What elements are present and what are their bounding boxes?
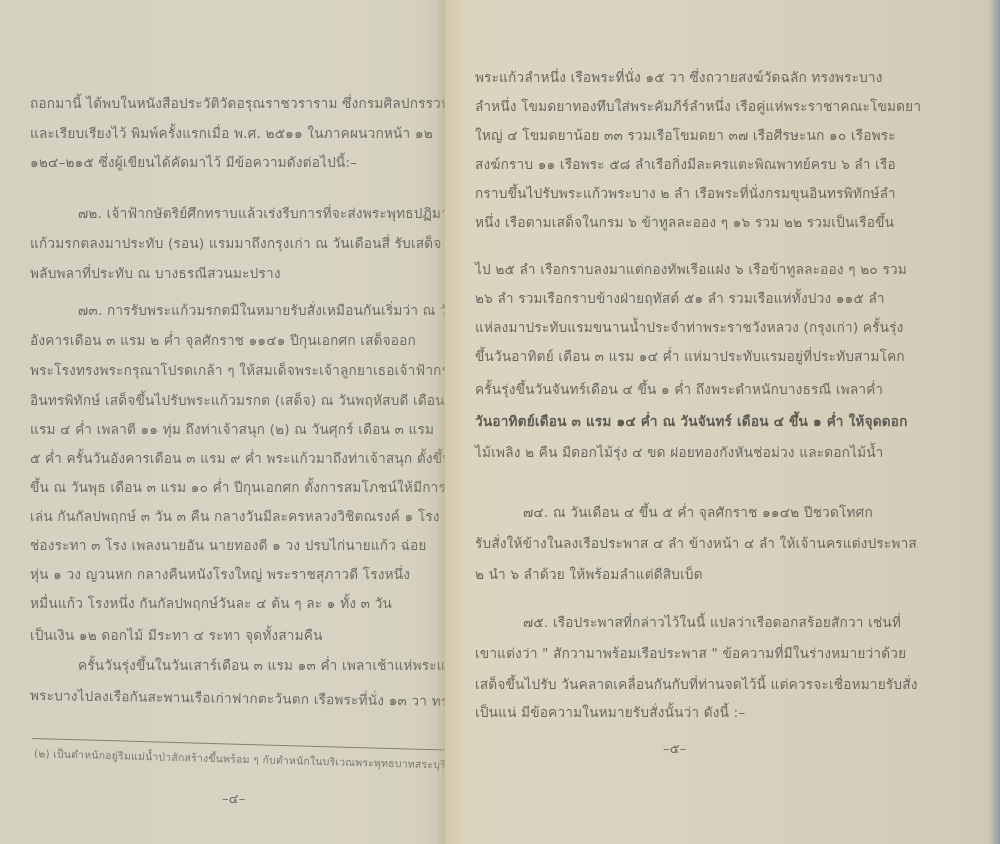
- text-line: ไม้เพลิง ๒ คืน มีดอกไม้รุ่ง ๔ ขด ฝอยทองก…: [475, 447, 883, 461]
- text-line: หุ่น ๑ วง ญวนหก กลางคืนหนังโรงใหญ่ พระรา…: [30, 569, 410, 583]
- text-line: ขึ้นวันอาทิตย์ เดือน ๓ แรม ๑๔ ค่ำ แห่มาป…: [475, 351, 905, 365]
- text-line: เขาแต่งว่า " สักวามาพร้อมเรือประพาส " ข้…: [475, 648, 906, 662]
- text-line: อังคารเดือน ๓ แรม ๒ ค่ำ จุลศักราช ๑๑๔๑ ป…: [30, 335, 416, 349]
- text-line: ครั้นวันรุ่งขึ้นในวันเสาร์เดือน ๓ แรม ๑๓…: [78, 660, 445, 674]
- text-line: เล่น กันกัลปพฤกษ์ ๓ วัน ๓ คืน กลางวันมีล…: [30, 511, 440, 525]
- left-page: ถอกมานี้ ได้พบในหนังสือประวัติวัดอรุณราช…: [0, 0, 445, 844]
- text-line: เป็นแน่ มีข้อความในหมายรับสั่งนั้นว่า ดั…: [475, 707, 745, 721]
- text-line: พลับพลาที่ประทับ ณ บางธรณีสวนมะปราง: [30, 268, 281, 282]
- text-line: ๒ นำ ๖ ลำด้วย ให้พร้อมลำแต่ดีสิบเบ็ด: [475, 569, 703, 583]
- text-line: พระแก้วลำหนึ่ง เรือพระที่นั่ง ๑๕ วา ซึ่ง…: [475, 72, 883, 86]
- paragraph-73-start: ๗๓. การรับพระแก้วมรกตมีในหมายรับสั่งเหมื…: [78, 305, 445, 319]
- text-line: พระโรงทรงพระกรุณาโปรดเกล้า ๆ ให้สมเด็จพร…: [30, 365, 445, 379]
- page-number-left: –๔–: [222, 788, 245, 809]
- text-line: หนึ่ง เรือตามเสด็จในกรม ๖ ข้าทูลละออง ๆ …: [475, 217, 894, 231]
- text-line: อินทรพิทักษ์ เสด็จขึ้นไปรับพระแก้วมรกต (…: [30, 395, 445, 409]
- text-line: ถอกมานี้ ได้พบในหนังสือประวัติวัดอรุณราช…: [30, 98, 445, 112]
- text-line: ไป ๒๕ ลำ เรือกราบลงมาแต่กองทัพเรือแฝง ๖ …: [475, 264, 907, 278]
- text-line: แรม ๔ ค่ำ เพลาตี ๑๑ ทุ่ม ถึงท่าเจ้าสนุก …: [30, 424, 434, 438]
- text-line: และเรียบเรียงไว้ พิมพ์ครั้งแรกเมื่อ พ.ศ.…: [30, 128, 433, 142]
- text-line: กราบขึ้นไปรับพระแก้วพระบาง ๒ ลำ เรือพระท…: [475, 188, 896, 202]
- text-line: ๕ ค่ำ ครั้นวันอังคารเดือน ๓ แรม ๙ ค่ำ พร…: [30, 453, 445, 467]
- text-line: ครั้นรุ่งขึ้นวันจันทร์เดือน ๔ ขึ้น ๑ ค่ำ…: [475, 384, 883, 398]
- text-line: ลำหนึ่ง โขมดยาทองทึบใส่พระคัมภีร์ลำหนึ่ง…: [475, 101, 921, 115]
- text-line: ขึ้น ณ วันพุธ เดือน ๓ แรม ๑๐ ค่ำ ปีกุนเอ…: [30, 482, 445, 496]
- text-line: พระบางไปลงเรือกันสะพานเรือเก่าฟากตะวันตก…: [30, 690, 445, 710]
- text-line: แห่ลงมาประทับแรมขนานน้ำประจำท่าพระราชวัง…: [475, 322, 904, 336]
- text-line: รับสั่งให้ข้างในลงเรือประพาส ๔ ลำ ข้างหน…: [475, 538, 917, 552]
- right-page: พระแก้วลำหนึ่ง เรือพระที่นั่ง ๑๕ วา ซึ่ง…: [445, 0, 1000, 844]
- text-line: สงฆ์กราบ ๑๑ เรือพระ ๕๘ ลำเรือกิ่งมีละครแ…: [475, 159, 896, 173]
- text-line: ๑๒๔–๒๑๕ ซึ่งผู้เขียนได้คัดมาไว้ มีข้อควา…: [30, 157, 357, 171]
- text-line: หมื่นแก้ว โรงหนึ่ง กันกัลปพฤกษ์วันละ ๔ ต…: [30, 598, 392, 612]
- text-line: เป็นเงิน ๑๒ ดอกไม้ มีระทา ๔ ระทา จุดทั้ง…: [30, 630, 323, 644]
- paragraph-74-start: ๗๔. ณ วันเดือน ๔ ขึ้น ๕ ค่ำ จุลศักราช ๑๑…: [523, 507, 873, 521]
- text-line-bold: วันอาทิตย์เดือน ๓ แรม ๑๔ ค่ำ ณ วันจันทร์…: [475, 416, 908, 430]
- text-line: ๒๖ ลำ รวมเรือกราบข้างฝ่ายฤทัสต์ ๕๑ ลำ รว…: [475, 293, 885, 307]
- text-line: ช่องระทา ๓ โรง เพลงนายอัน นายทองดี ๑ วง …: [30, 540, 427, 554]
- paragraph-75-start: ๗๕. เรือประพาสที่กล่าวไว้ในนี้ แปลว่าเรื…: [523, 617, 901, 631]
- paragraph-72-start: ๗๒. เจ้าฟ้ากษัตริย์ศึกทราบแล้วเร่งรีบการ…: [78, 208, 445, 222]
- page-number-right: –๕–: [663, 738, 686, 759]
- text-line: แก้วมรกตลงมาประทับ (รอน) แรมมาถึงกรุงเก่…: [30, 238, 442, 252]
- text-line: เสด็จขึ้นไปรับ วันคลาดเคลื่อนกันกับที่ท่…: [475, 679, 918, 693]
- text-line: ใหญ่ ๔ โขมดยาน้อย ๓๓ รวมเรือโขมดยา ๓๗ เร…: [475, 130, 896, 144]
- book-spread: ถอกมานี้ ได้พบในหนังสือประวัติวัดอรุณราช…: [0, 0, 1000, 844]
- footnote: (๒) เป็นตำหนักอยู่ริมแม่น้ำป่าสักสร้างขึ…: [34, 745, 445, 773]
